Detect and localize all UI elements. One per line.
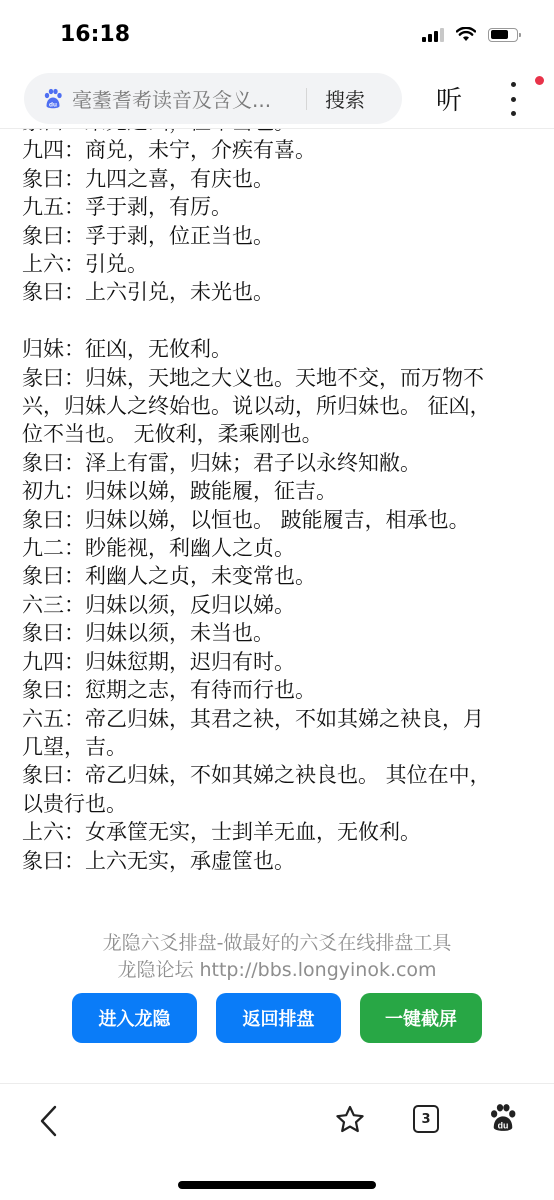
enter-longyin-button[interactable]: 进入龙隐 [72,993,197,1043]
search-box[interactable]: du 毫耋耆耇读音及含义... 搜索 [24,73,402,124]
star-icon[interactable] [334,1104,366,1136]
text-line: 六三：归妹以须，反归以娣。 [22,591,542,619]
text-line: 九四：归妹愆期，迟归有时。 [22,648,542,676]
text-line: 象曰：上六引兑，未光也。 [22,278,542,306]
text-line: 象曰：九四之喜，有庆也。 [22,165,542,193]
text-line: 位不当也。 无攸利，柔乘刚也。 [22,420,542,448]
status-time: 16:18 [60,22,130,47]
search-divider [306,88,307,110]
hexagram-text: 象曰：来兑之凶，位不当也。 九四：商兑，未宁，介疾有喜。 象曰：九四之喜，有庆也… [22,108,542,875]
baidu-paw-icon: du [42,88,64,110]
battery-icon [488,28,518,42]
back-to-chart-button[interactable]: 返回排盘 [216,993,341,1043]
status-icons [422,27,518,42]
svg-text:du: du [498,1121,509,1131]
status-bar: 16:18 [0,0,554,70]
text-line: 象曰：愆期之志，有待而行也。 [22,676,542,704]
text-line: 彖曰：归妹，天地之大义也。天地不交，而万物不 [22,364,542,392]
home-indicator[interactable] [178,1181,376,1189]
text-line: 六五：帝乙归妹，其君之袂，不如其娣之袂良，月 [22,705,542,733]
text-line: 象曰：归妹以须，未当也。 [22,619,542,647]
text-line: 上六：女承筐无实，士刲羊无血，无攸利。 [22,818,542,846]
notification-dot [535,76,544,85]
paragraph-gap [22,307,542,335]
text-line: 象曰：利幽人之贞，未变常也。 [22,562,542,590]
text-line: 九四：商兑，未宁，介疾有喜。 [22,136,542,164]
text-line: 象曰：上六无实，承虚筐也。 [22,847,542,875]
back-icon[interactable] [36,1104,62,1138]
browser-toolbar: du 毫耋耆耇读音及含义... 搜索 听 [0,70,554,129]
text-line: 九五：孚于剥，有厉。 [22,193,542,221]
text-line: 象曰：泽上有雷，归妹；君子以永终知敝。 [22,449,542,477]
baidu-paw-icon[interactable]: du [488,1102,518,1134]
screenshot-button[interactable]: 一键截屏 [360,993,482,1043]
wifi-icon [456,27,476,42]
text-line: 象曰：归妹以娣，以恒也。 跛能履吉，相承也。 [22,506,542,534]
more-menu-icon[interactable] [506,82,520,116]
text-line: 归妹：征凶，无攸利。 [22,335,542,363]
text-line: 兴，归妹人之终始也。说以动，所归妹也。 征凶， [22,392,542,420]
search-query-text[interactable]: 毫耋耆耇读音及含义... [72,84,292,113]
listen-button[interactable]: 听 [436,80,462,117]
search-button[interactable]: 搜索 [325,84,365,113]
text-line: 上六：引兑。 [22,250,542,278]
text-line: 九二：眇能视，利幽人之贞。 [22,534,542,562]
footer-forum-link[interactable]: 龙隐论坛 http://bbs.longyinok.com [0,957,554,984]
text-line: 初九：归妹以娣，跛能履，征吉。 [22,477,542,505]
svg-text:du: du [49,101,57,108]
text-line: 以贵行也。 [22,790,542,818]
footer-tagline: 龙隐六爻排盘-做最好的六爻在线排盘工具 [0,930,554,957]
tabs-icon[interactable]: 3 [413,1105,439,1133]
text-line: 几望，吉。 [22,733,542,761]
site-footer: 龙隐六爻排盘-做最好的六爻在线排盘工具 龙隐论坛 http://bbs.long… [0,930,554,984]
cellular-signal-icon [422,28,444,42]
text-line: 象曰：孚于剥，位正当也。 [22,222,542,250]
text-line: 象曰：帝乙归妹，不如其娣之袂良也。 其位在中， [22,761,542,789]
